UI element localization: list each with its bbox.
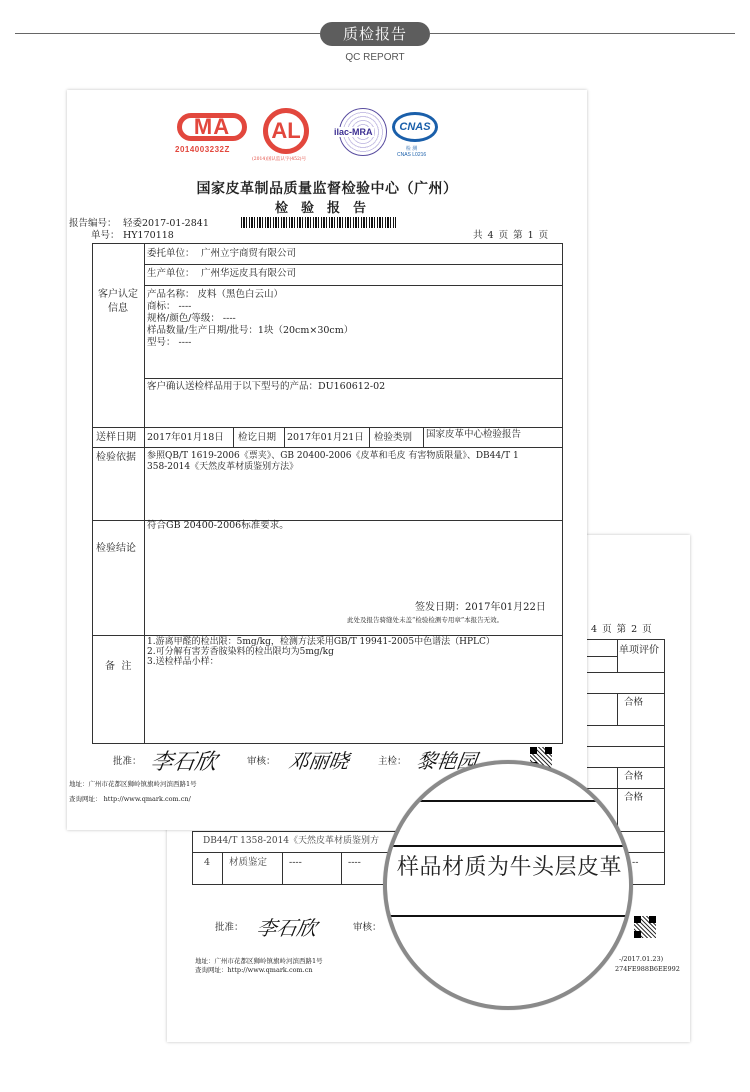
order-no: HY170118 — [123, 230, 174, 242]
cal-logo: AL — [263, 108, 309, 154]
basis-row: DB44/T 1358-2014《天然皮革材质鉴别方 — [203, 835, 379, 847]
producer-value: 广州华远皮具有限公司 — [201, 268, 296, 280]
address: 地址：广州市花都区狮岭镇旗岭河滨西路1号 — [195, 957, 323, 966]
doc-title: 检验报告 — [67, 197, 587, 216]
report-no-label: 报告编号： — [69, 218, 117, 230]
result-cell: 合格 — [624, 697, 643, 709]
grid-line — [144, 264, 562, 265]
ilac-mra-text: ilac-MRA — [333, 127, 374, 137]
product-line: 产品名称： 皮料（黑色白云山） — [147, 289, 283, 301]
address: 地址：广州市花都区狮岭镇旗岭河滨西路1号 — [69, 780, 197, 789]
report-no: 轻委2017-01-2841 — [123, 218, 209, 230]
review-label: 审核： — [247, 756, 276, 768]
sample-date-label: 送样日期 — [96, 432, 136, 444]
grid-line — [233, 427, 234, 447]
barcode — [241, 217, 396, 228]
issue-date: 签发日期：2017年01月22日 — [415, 602, 546, 614]
row-value: ---- — [348, 857, 361, 869]
website: 查询网址： http://www.qmark.com.cn/ — [69, 795, 191, 804]
conclusion-label: 检验结论 — [96, 543, 136, 555]
magnified-grid-line — [387, 800, 633, 802]
cma-number: 2014003232Z — [175, 145, 230, 154]
client-value: 广州立宇商贸有限公司 — [201, 248, 296, 260]
test-end-label: 检讫日期 — [238, 432, 276, 444]
grid-line — [92, 243, 563, 244]
order-no-label: 单号： — [91, 230, 120, 242]
inspector-label: 主检： — [378, 756, 407, 768]
grid-line — [341, 852, 342, 884]
result-cell: 合格 — [624, 792, 643, 804]
approve-signature: 李石欣 — [255, 912, 319, 941]
section-title: 质检报告 — [320, 22, 430, 46]
grid-line — [92, 635, 563, 636]
row-value: ---- — [289, 857, 302, 869]
test-type-label: 检验类别 — [374, 432, 412, 444]
customer-section-text: 客户认定信息 — [98, 289, 138, 314]
remark-line: 2.可分解有害芳香胺染料的检出限均为5mg/kg — [147, 647, 334, 657]
cnas-sub: 检 测 CNAS L0216 — [397, 146, 426, 158]
footer-date: -/2017.01.23) — [619, 955, 663, 964]
product-line: 样品数量/生产日期/批号：1块（20cm×30cm） — [147, 325, 353, 337]
product-line: 商标： ---- — [147, 301, 191, 313]
remark-line: 1.游离甲醛的检出限：5mg/kg，检测方法采用GB/T 19941-2005中… — [147, 637, 495, 647]
test-end-date: 2017年01月21日 — [287, 432, 364, 444]
product-line: 型号： ---- — [147, 337, 191, 349]
grid-line — [144, 285, 562, 286]
report-page-1: MA 2014003232Z AL (2014)国认监认字(452)号 ilac… — [67, 90, 587, 830]
grid-line — [423, 427, 424, 447]
model-confirm: 客户确认送检样品用于以下型号的产品：DU160612-02 — [147, 381, 385, 393]
grid-line — [282, 852, 283, 884]
approve-label: 批准： — [215, 922, 244, 934]
magnifier-callout: 样品材质为牛头层皮革 — [383, 760, 633, 1010]
org-title: 国家皮革制品质量监督检验中心（广州） — [67, 178, 587, 198]
cma-logo: MA — [177, 113, 247, 141]
review-label: 审核： — [353, 922, 382, 934]
page-info: 4 页 第 2 页 — [591, 624, 653, 636]
row-value: -- — [632, 857, 638, 869]
grid-line — [617, 693, 618, 725]
magnified-text: 样品材质为牛头层皮革 — [397, 850, 622, 881]
grid-line — [92, 743, 563, 744]
eval-header: 单项评价 — [619, 645, 659, 657]
approve-label: 批准： — [113, 756, 142, 768]
grid-line — [664, 639, 665, 884]
grid-line — [222, 852, 223, 884]
cnas-sub-line: CNAS L0216 — [397, 152, 426, 158]
website: 查询网址：http://www.qmark.com.cn — [195, 966, 313, 975]
grid-line — [92, 447, 563, 448]
magnified-grid-line — [387, 915, 633, 917]
producer-label: 生产单位： — [147, 268, 195, 280]
grid-line — [617, 639, 618, 672]
grid-line — [144, 243, 145, 743]
grid-line — [92, 427, 563, 428]
product-line: 规格/颜色/等级： ---- — [147, 313, 236, 325]
row-item: 材质鉴定 — [229, 857, 267, 869]
basis-label: 检验依据 — [96, 452, 136, 464]
test-type: 国家皮革中心检验报告 — [426, 429, 521, 441]
magnified-grid-line — [387, 845, 633, 847]
remarks-label: 备 注 — [105, 661, 131, 673]
seal-note: 此处及报告骑缝处未盖“检验检测专用章”本报告无效。 — [347, 616, 503, 625]
header-rule-right — [430, 33, 735, 34]
header-rule-left — [15, 33, 320, 34]
grid-line — [144, 378, 562, 379]
cnas-logo: CNAS — [392, 112, 438, 142]
grid-line — [562, 243, 563, 743]
grid-line — [369, 427, 370, 447]
conclusion-text: 符合GB 20400-2006标准要求。 — [147, 520, 289, 532]
row-number: 4 — [204, 857, 210, 869]
review-signature: 邓丽晓 — [287, 745, 351, 774]
grid-line — [284, 427, 285, 447]
footer-code: 274FE988B6EE992 — [615, 965, 680, 974]
result-cell: 合格 — [624, 771, 643, 783]
grid-line — [192, 831, 193, 884]
approve-signature: 李石欣 — [149, 745, 219, 776]
remark-line: 3.送检样品小样： — [147, 657, 219, 667]
qr-code-icon — [634, 916, 656, 938]
section-subtitle: QC REPORT — [0, 52, 750, 63]
cal-number: (2014)国认监认字(452)号 — [252, 156, 306, 162]
basis-line: 358-2014《天然皮革材质鉴别方法》 — [147, 461, 298, 473]
sample-date: 2017年01月18日 — [147, 432, 224, 444]
page-info: 共 4 页 第 1 页 — [473, 230, 549, 242]
grid-line — [92, 243, 93, 743]
client-label: 委托单位： — [147, 248, 195, 260]
customer-section-label: 客户认定信息 — [95, 288, 141, 316]
